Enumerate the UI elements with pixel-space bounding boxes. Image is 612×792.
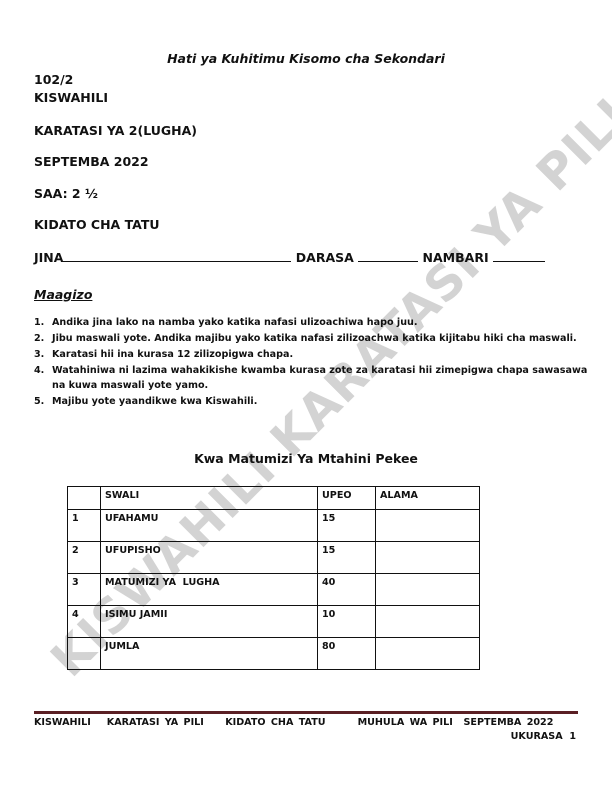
- item-number: 3.: [34, 347, 44, 362]
- max-marks: 15: [318, 542, 376, 574]
- column-header: [68, 487, 101, 510]
- question-name: ISIMU JAMII: [101, 606, 318, 638]
- class-field[interactable]: [358, 249, 418, 262]
- total-max-marks: 80: [318, 638, 376, 670]
- question-number: 2: [68, 542, 101, 574]
- instruction-item: 1.Andika jina lako na namba yako katika …: [34, 315, 594, 330]
- question-number: [68, 638, 101, 670]
- score-cell[interactable]: [376, 510, 480, 542]
- question-number: 4: [68, 606, 101, 638]
- item-text: Majibu yote yaandikwe kwa Kiswahili.: [52, 396, 257, 407]
- examiner-marks-table: SWALI UPEO ALAMA 1 UFAHAMU 15 2 UFUPISHO…: [67, 486, 480, 670]
- question-name: UFUPISHO: [101, 542, 318, 574]
- paper-title: KARATASI YA 2(LUGHA): [34, 123, 197, 138]
- duration: SAA: 2 ½: [34, 186, 98, 201]
- instruction-item: 2.Jibu maswali yote. Andika majibu yako …: [34, 331, 594, 346]
- form-level: KIDATO CHA TATU: [34, 217, 160, 232]
- item-text: Andika jina lako na namba yako katika na…: [52, 317, 418, 328]
- item-number: 5.: [34, 394, 44, 409]
- item-number: 4.: [34, 363, 44, 378]
- column-header: ALAMA: [376, 487, 480, 510]
- column-header: UPEO: [318, 487, 376, 510]
- number-field[interactable]: [493, 249, 545, 262]
- item-text: Watahiniwa ni lazima wahakikishe kwamba …: [52, 365, 587, 391]
- score-cell[interactable]: [376, 542, 480, 574]
- item-number: 1.: [34, 315, 44, 330]
- max-marks: 10: [318, 606, 376, 638]
- question-number: 1: [68, 510, 101, 542]
- instructions-list: 1.Andika jina lako na namba yako katika …: [34, 315, 594, 410]
- name-label: JINA: [34, 250, 63, 265]
- item-number: 2.: [34, 331, 44, 346]
- instruction-item: 4.Watahiniwa ni lazima wahakikishe kwamb…: [34, 363, 594, 393]
- table-total-row: JUMLA 80: [68, 638, 480, 670]
- max-marks: 40: [318, 574, 376, 606]
- question-name: UFAHAMU: [101, 510, 318, 542]
- question-name: MATUMIZI YA LUGHA: [101, 574, 318, 606]
- exam-date: SEPTEMBA 2022: [34, 154, 149, 169]
- document-title: Hati ya Kuhitimu Kisomo cha Sekondari: [0, 51, 612, 66]
- number-label: NAMBARI: [423, 250, 489, 265]
- paper-code: 102/2: [34, 72, 73, 87]
- name-field[interactable]: [63, 249, 291, 262]
- footer-divider: [34, 711, 578, 714]
- table-row: 4 ISIMU JAMII 10: [68, 606, 480, 638]
- instruction-item: 5.Majibu yote yaandikwe kwa Kiswahili.: [34, 394, 594, 409]
- total-label: JUMLA: [101, 638, 318, 670]
- score-cell[interactable]: [376, 574, 480, 606]
- item-text: Karatasi hii ina kurasa 12 zilizopigwa c…: [52, 349, 293, 360]
- candidate-fields: JINA DARASA NAMBARI: [34, 249, 545, 265]
- max-marks: 15: [318, 510, 376, 542]
- table-header-row: SWALI UPEO ALAMA: [68, 487, 480, 510]
- examiner-table-title: Kwa Matumizi Ya Mtahini Pekee: [0, 451, 612, 466]
- instructions-heading: Maagizo: [34, 287, 92, 302]
- score-cell[interactable]: [376, 606, 480, 638]
- page-number: UKURASA 1: [511, 731, 576, 742]
- footer-text: KISWAHILI KARATASI YA PILI KIDATO CHA TA…: [34, 717, 553, 728]
- table-row: 2 UFUPISHO 15: [68, 542, 480, 574]
- table-row: 1 UFAHAMU 15: [68, 510, 480, 542]
- subject: KISWAHILI: [34, 90, 108, 105]
- question-number: 3: [68, 574, 101, 606]
- instruction-item: 3.Karatasi hii ina kurasa 12 zilizopigwa…: [34, 347, 594, 362]
- table-row: 3 MATUMIZI YA LUGHA 40: [68, 574, 480, 606]
- total-score-cell[interactable]: [376, 638, 480, 670]
- column-header: SWALI: [101, 487, 318, 510]
- class-label: DARASA: [296, 250, 354, 265]
- item-text: Jibu maswali yote. Andika majibu yako ka…: [52, 333, 577, 344]
